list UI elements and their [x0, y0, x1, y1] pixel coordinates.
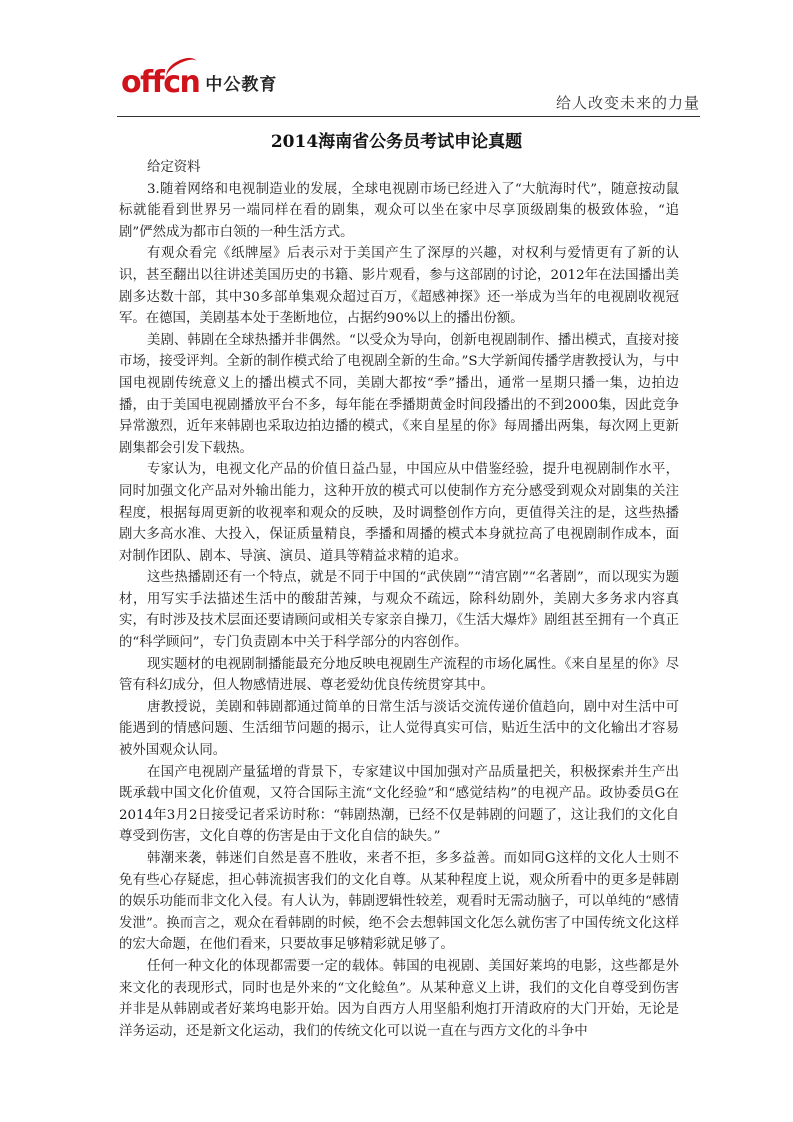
document-body: 给定资料 3.随着网络和电视制造业的发展，全球电视剧市场已经进入了“大航海时代”…	[119, 157, 679, 1042]
document-title: 2014海南省公务员考试申论真题	[0, 127, 793, 152]
logo-chinese-name: 中公教育	[205, 75, 277, 95]
paragraph: 有观众看完《纸牌屋》后表示对于美国产生了深厚的兴趣，对权利与爱情更有了新的认识，…	[119, 243, 679, 329]
paragraph: 任何一种文化的体现都需要一定的载体。韩国的电视剧、美国好莱坞的电影，这些都是外来…	[119, 956, 679, 1042]
paragraph: 在国产电视剧产量猛增的背景下，专家建议中国加强对产品质量把关，积极探索并生产出既…	[119, 762, 679, 848]
page-header: offcn 中公教育 给人改变未来的力量	[117, 62, 700, 118]
paragraph: 专家认为，电视文化产品的价值日益凸显，中国应从中借鉴经验，提升电视剧制作水平，同…	[119, 459, 679, 567]
paragraph: 唐教授说，美剧和韩剧都通过简单的日常生活与淡话交流传递价值趋向，剧中对生活中可能…	[119, 697, 679, 762]
document-page: offcn 中公教育 给人改变未来的力量 2014海南省公务员考试申论真题 给定…	[0, 0, 793, 1122]
header-divider	[117, 116, 700, 117]
header-slogan: 给人改变未来的力量	[556, 92, 700, 113]
paragraph: 这些热播剧还有一个特点，就是不同于中国的“武侠剧”“清宫剧”“名著剧”，而以现实…	[119, 567, 679, 653]
offcn-logo: offcn 中公教育	[121, 68, 277, 98]
paragraph: 3.随着网络和电视制造业的发展，全球电视剧市场已经进入了“大航海时代”，随意按动…	[119, 179, 679, 244]
paragraph: 美剧、韩剧在全球热播并非偶然。“以受众为导向，创新电视剧制作、播出模式，直接对接…	[119, 330, 679, 460]
section-label: 给定资料	[119, 157, 679, 179]
paragraph: 现实题材的电视剧制播能最充分地反映电视剧生产流程的市场化属性。《来自星星的你》尽…	[119, 654, 679, 697]
paragraph: 韩潮来袭，韩迷们自然是喜不胜收，来者不拒，多多益善。而如同G这样的文化人士则不免…	[119, 848, 679, 956]
logo-wordmark: offcn	[121, 68, 199, 98]
